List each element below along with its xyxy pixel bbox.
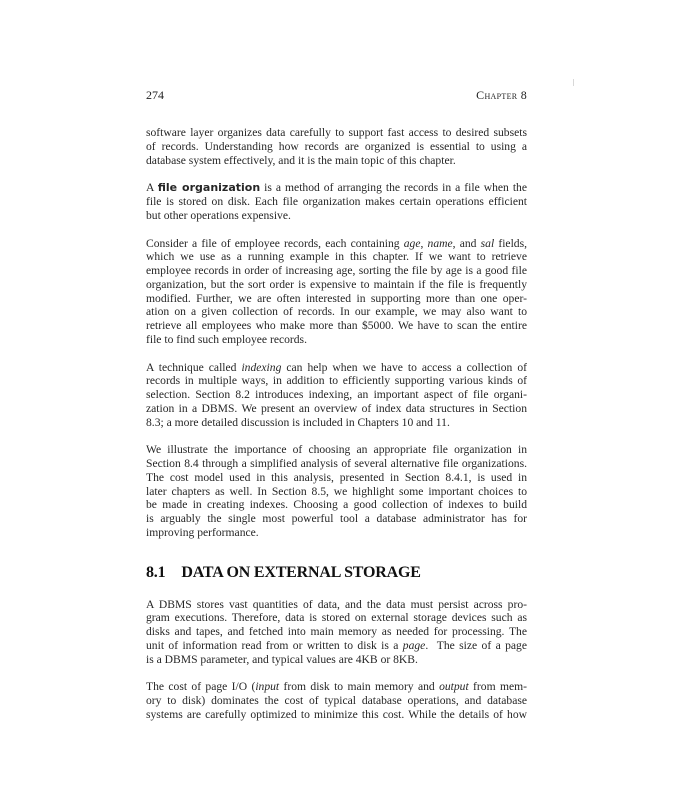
text-line: organization, but the sort order is expe… (146, 278, 527, 292)
paragraph-indexing: A technique called indexing can help whe… (146, 361, 527, 430)
text-line: A DBMS stores vast quantities of data, a… (146, 598, 527, 612)
text-line: employee records in order of increasing … (146, 264, 527, 278)
text-line: ation on a given collection of records. … (146, 305, 527, 319)
text-fragment: , and (453, 237, 481, 250)
text-fragment: unit of information read from or written… (146, 639, 403, 652)
text-line: systems are carefully optimized to minim… (146, 708, 527, 722)
field-name: sal (481, 237, 495, 250)
text-line: unit of information read from or written… (146, 639, 527, 653)
text-line: is a DBMS parameter, and typical values … (146, 653, 527, 667)
text-line: zation in a DBMS. We present an overview… (146, 402, 527, 416)
text-line: records in multiple ways, in addition to… (146, 374, 527, 388)
text-line: file is stored on disk. Each file organi… (146, 195, 527, 209)
field-name: age (404, 237, 421, 250)
text-line: modified. Further, we are often interest… (146, 292, 527, 306)
paragraph-external-storage: A DBMS stores vast quantities of data, a… (146, 598, 527, 667)
defined-term: file organization (158, 181, 260, 194)
page-number: 274 (146, 88, 164, 103)
text-line: ory to disk) dominates the cost of typic… (146, 694, 527, 708)
text-line: be made in creating indexes. Choosing a … (146, 498, 527, 512)
text-line: later chapters as well. In Section 8.5, … (146, 485, 527, 499)
text-fragment: is a method of arranging the records in … (260, 181, 527, 194)
text-line: The cost of page I/O (input from disk to… (146, 680, 527, 694)
text-line: Section 8.4 through a simplified analysi… (146, 457, 527, 471)
text-line: of records. Understanding how records ar… (146, 140, 527, 154)
text-line: gram executions. Therefore, data is stor… (146, 611, 527, 625)
text-line: disks and tapes, and fetched into main m… (146, 625, 527, 639)
running-head: 274 Chapter 8 (146, 88, 527, 106)
chapter-label: Chapter 8 (476, 88, 527, 103)
text-line: which we use as a running example in thi… (146, 250, 527, 264)
text-line: improving performance. (146, 526, 527, 540)
section-heading: 8.1 DATA ON EXTERNAL STORAGE (146, 564, 527, 582)
field-name: name (428, 237, 453, 250)
paragraph-intro-continued: software layer organizes data carefully … (146, 126, 527, 167)
section-title: DATA ON EXTERNAL STORAGE (181, 564, 420, 582)
paragraph-employee-example: Consider a file of employee records, eac… (146, 237, 527, 347)
text-line: database system effectively, and it is t… (146, 154, 527, 168)
text-line: A file organization is a method of arran… (146, 181, 527, 195)
text-fragment: can help when we have to access a collec… (281, 361, 527, 374)
text-line: software layer organizes data carefully … (146, 126, 527, 140)
text-line: file to find such employee records. (146, 333, 527, 347)
paragraph-chapter-overview: We illustrate the importance of choosing… (146, 443, 527, 539)
paragraph-page-io-cost: The cost of page I/O (input from disk to… (146, 680, 527, 721)
text-fragment: , (420, 237, 427, 250)
text-fragment: fields, (494, 237, 527, 250)
text-line: retrieve all employees who make more tha… (146, 319, 527, 333)
text-fragment: Consider a file of employee records, eac… (146, 237, 404, 250)
text-fragment: . The size of a page (425, 639, 527, 652)
text-fragment: A (146, 181, 158, 194)
text-fragment: A technique called (146, 361, 241, 374)
text-line: A technique called indexing can help whe… (146, 361, 527, 375)
text-line: selection. Section 8.2 introduces indexi… (146, 388, 527, 402)
text-line: but other operations expensive. (146, 209, 527, 223)
text-fragment: from mem- (469, 680, 527, 693)
scan-artifact (573, 79, 574, 86)
text-line: The cost model used in this analysis, pr… (146, 471, 527, 485)
paragraph-file-organization: A file organization is a method of arran… (146, 181, 527, 222)
emphasized-term: output (439, 680, 469, 693)
emphasized-term: indexing (241, 361, 281, 374)
emphasized-term: page (403, 639, 426, 652)
text-line: is arguably the single most powerful too… (146, 512, 527, 526)
text-line: We illustrate the importance of choosing… (146, 443, 527, 457)
text-line: 8.3; a more detailed discussion is inclu… (146, 416, 527, 430)
text-fragment: The cost of page I/O ( (146, 680, 255, 693)
book-page: 274 Chapter 8 software layer organizes d… (146, 88, 527, 736)
section-number: 8.1 (146, 564, 165, 582)
emphasized-term: input (255, 680, 279, 693)
text-line: Consider a file of employee records, eac… (146, 237, 527, 251)
text-fragment: from disk to main memory and (279, 680, 439, 693)
